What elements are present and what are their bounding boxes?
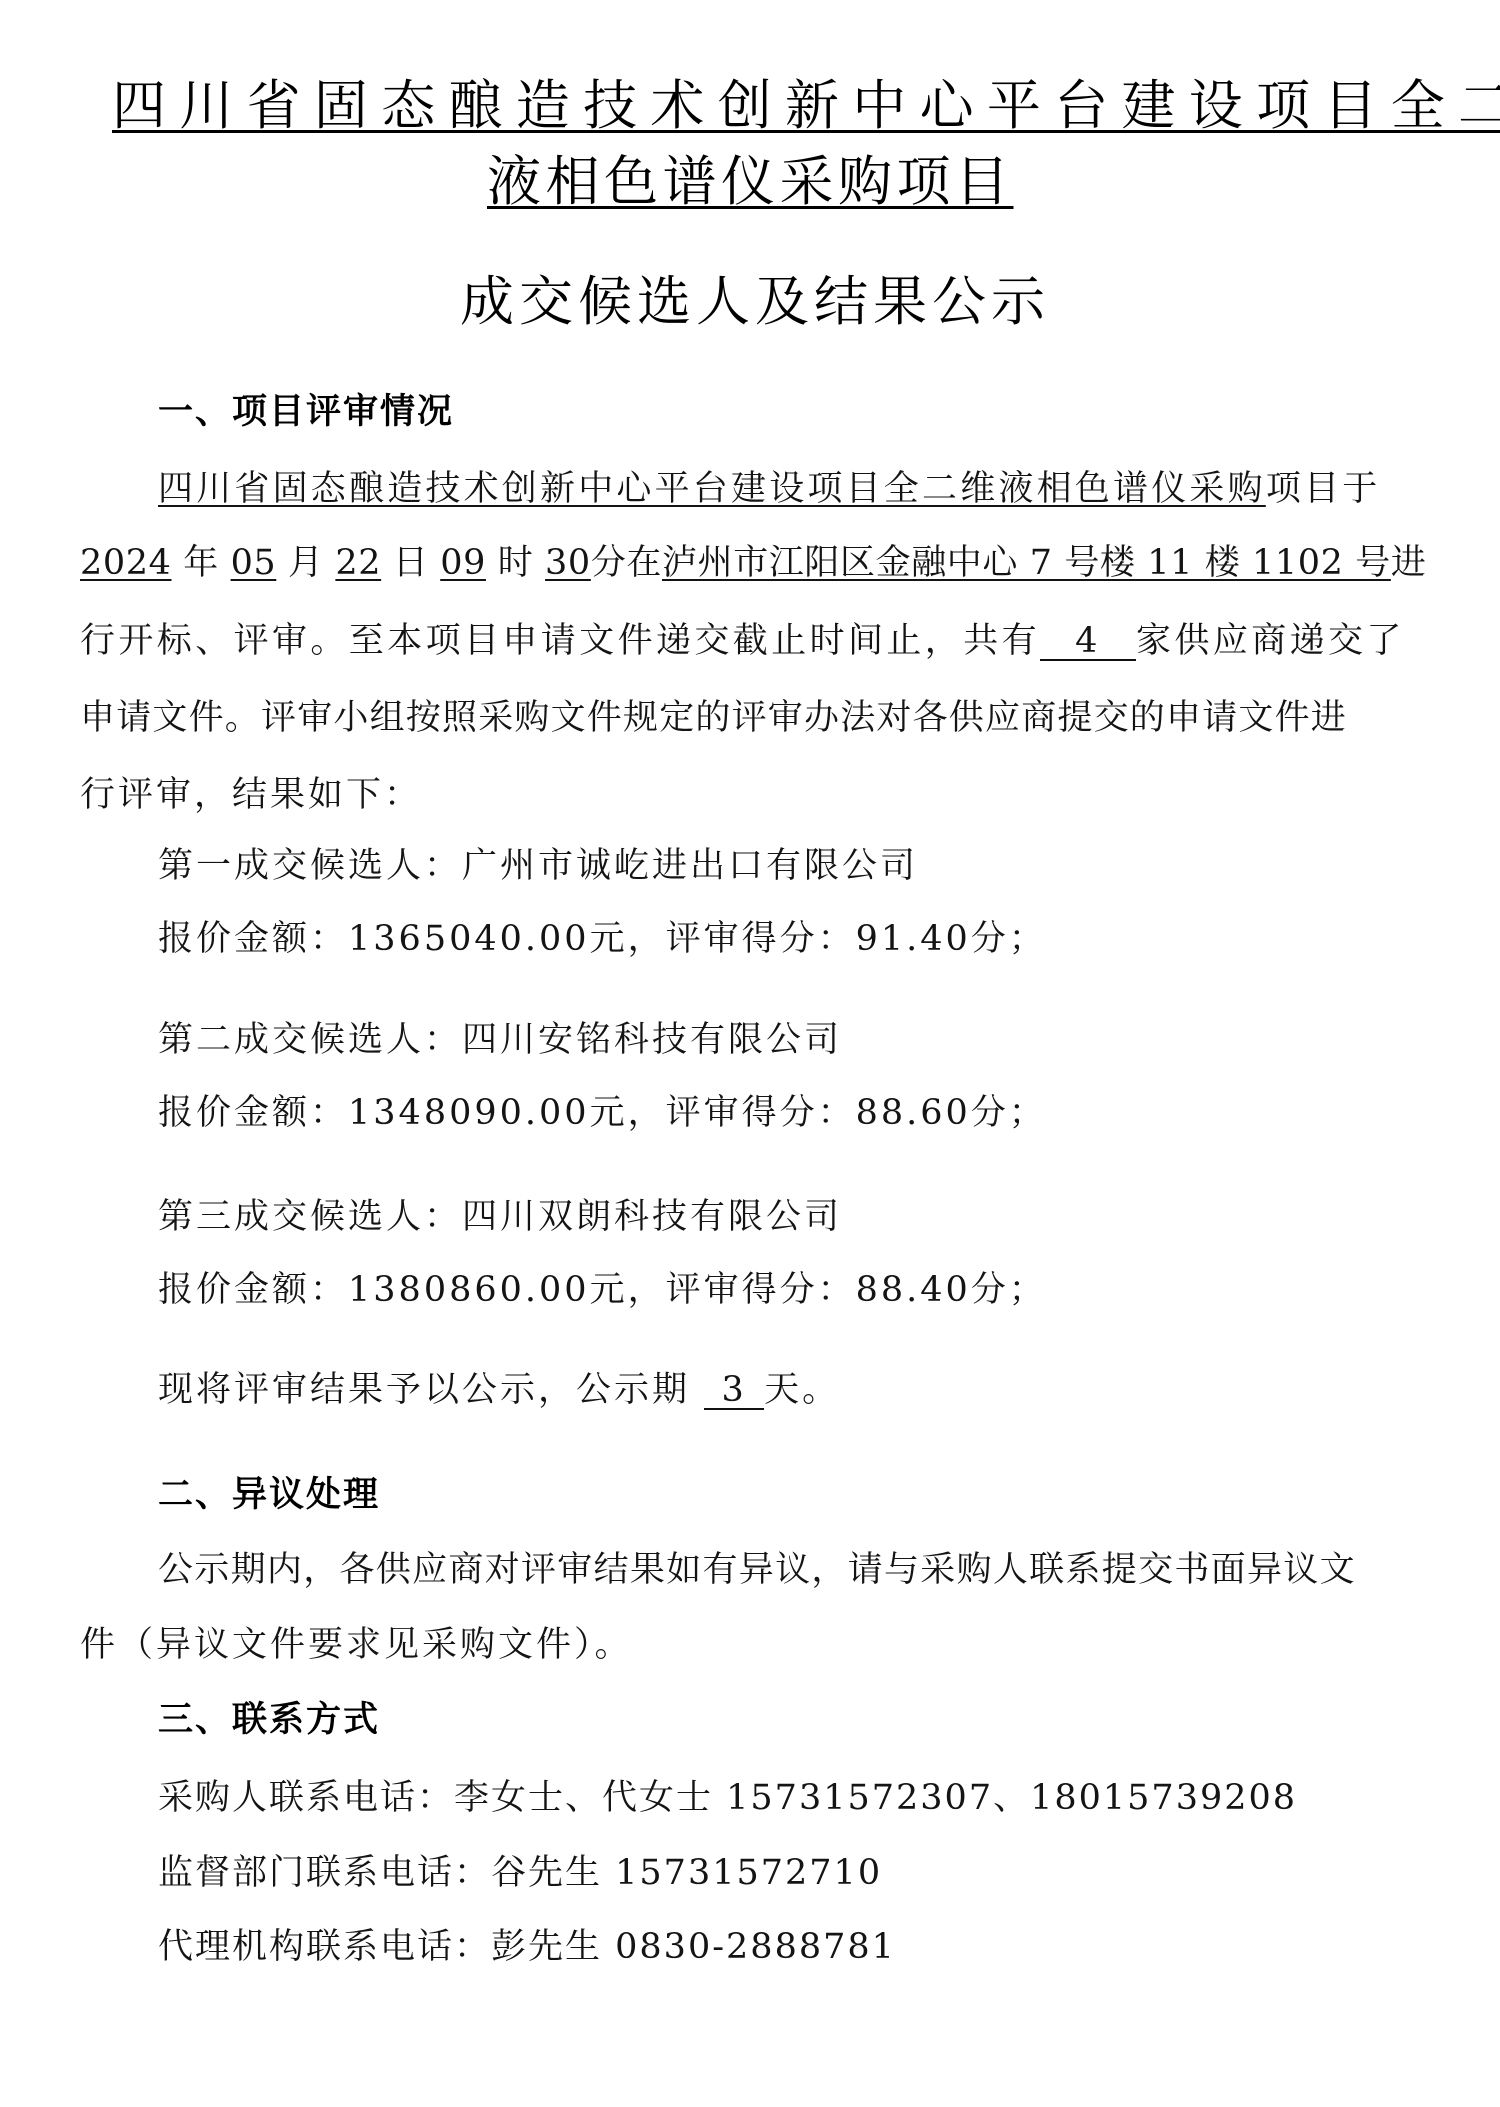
open-minute: 30 <box>545 543 591 583</box>
score-value: 88.60 <box>856 1093 971 1133</box>
candidate-3-name-row: 第三成交候选人：四川双朗科技有限公司 <box>158 1195 842 1239</box>
candidate-3-price-row: 报价金额：1380860.00元，评审得分：88.40分； <box>158 1268 1047 1312</box>
price-value: 1365040.00 <box>348 919 590 959</box>
text: 行开标、评审。至本项目申请文件递交截止时间止，共有 <box>80 621 1040 661</box>
document-title-line2: 液相色谱仪采购项目 <box>487 152 1014 212</box>
score-value: 88.40 <box>856 1270 971 1310</box>
candidate-name: 广州市诚屹进出口有限公司 <box>462 846 918 886</box>
score-unit: 分； <box>971 1270 1047 1310</box>
candidate-label: 第一成交候选人： <box>158 846 462 886</box>
contact-label: 监督部门联系电话： <box>158 1853 491 1893</box>
candidate-2-name-row: 第二成交候选人：四川安铭科技有限公司 <box>158 1018 842 1062</box>
text: 现将评审结果予以公示，公示期 <box>158 1370 690 1410</box>
candidate-label: 第二成交候选人： <box>158 1020 462 1060</box>
publicity-days: 3 <box>704 1372 764 1410</box>
score-label: 评审得分： <box>666 1270 856 1310</box>
section1-paragraph-line3: 行开标、评审。至本项目申请文件递交截止时间止，共有4家供应商递交了 <box>80 619 1405 663</box>
section2-line2: 件（异议文件要求见采购文件）。 <box>80 1623 633 1667</box>
candidate-2-price-row: 报价金额：1348090.00元，评审得分：88.60分； <box>158 1091 1047 1135</box>
contact-agency: 代理机构联系电话：彭先生 0830-2888781 <box>158 1925 896 1969</box>
score-unit: 分； <box>971 1093 1047 1133</box>
section1-paragraph-line5: 行评审，结果如下： <box>80 773 422 817</box>
section1-heading: 一、项目评审情况 <box>158 390 454 434</box>
text: 项目于 <box>1266 469 1381 509</box>
open-location: 泸州市江阳区金融中心 7 号楼 11 楼 1102 号 <box>662 543 1391 583</box>
section1-paragraph-line2: 2024 年 05 月 22 日 09 时 30分在泸州市江阳区金融中心 7 号… <box>80 541 1426 585</box>
contact-purchaser: 采购人联系电话：李女士、代女士 15731572307、18015739208 <box>158 1776 1297 1820</box>
price-value: 1348090.00 <box>348 1093 590 1133</box>
score-unit: 分； <box>971 919 1047 959</box>
candidate-1-price-row: 报价金额：1365040.00元，评审得分：91.40分； <box>158 917 1047 961</box>
candidate-label: 第三成交候选人： <box>158 1197 462 1237</box>
price-label: 报价金额： <box>158 1270 348 1310</box>
contact-value: 彭先生 0830-2888781 <box>491 1927 896 1967</box>
candidate-name: 四川双朗科技有限公司 <box>462 1197 842 1237</box>
open-hour: 09 <box>440 543 486 583</box>
section3-heading: 三、联系方式 <box>158 1698 380 1742</box>
price-unit: 元， <box>590 1093 666 1133</box>
candidate-name: 四川安铭科技有限公司 <box>462 1020 842 1060</box>
text: 天。 <box>764 1370 840 1410</box>
document-page: 四川省固态酿造技术创新中心平台建设项目全二维 液相色谱仪采购项目 成交候选人及结… <box>0 0 1500 2107</box>
price-unit: 元， <box>590 1270 666 1310</box>
contact-value: 谷先生 15731572710 <box>491 1853 882 1893</box>
publicity-notice: 现将评审结果予以公示，公示期 3天。 <box>158 1368 840 1412</box>
text: 家供应商递交了 <box>1136 621 1405 661</box>
section1-paragraph-line1: 四川省固态酿造技术创新中心平台建设项目全二维液相色谱仪采购项目于 <box>158 467 1380 511</box>
price-label: 报价金额： <box>158 919 348 959</box>
section2-line1: 公示期内，各供应商对评审结果如有异议，请与采购人联系提交书面异议文 <box>158 1548 1356 1592</box>
month-unit: 月 <box>288 543 324 583</box>
open-month: 05 <box>231 543 277 583</box>
section1-paragraph-line4: 申请文件。评审小组按照采购文件规定的评审办法对各供应商提交的申请文件进 <box>80 696 1347 740</box>
open-day: 22 <box>335 543 381 583</box>
document-title-line1: 四川省固态酿造技术创新中心平台建设项目全二维 <box>112 76 1500 136</box>
section2-heading: 二、异议处理 <box>158 1473 380 1517</box>
contact-supervisor: 监督部门联系电话：谷先生 15731572710 <box>158 1851 882 1895</box>
price-unit: 元， <box>590 919 666 959</box>
open-year: 2024 <box>80 543 171 583</box>
minute-unit: 分在 <box>591 543 662 583</box>
score-label: 评审得分： <box>666 919 856 959</box>
project-name: 四川省固态酿造技术创新中心平台建设项目全二维液相色谱仪采购 <box>158 469 1266 509</box>
hour-unit: 时 <box>498 543 534 583</box>
supplier-count: 4 <box>1040 623 1136 661</box>
score-value: 91.40 <box>856 919 971 959</box>
document-subtitle: 成交候选人及结果公示 <box>460 272 1050 332</box>
text: 进 <box>1391 543 1427 583</box>
price-value: 1380860.00 <box>348 1270 590 1310</box>
candidate-1-name-row: 第一成交候选人：广州市诚屹进出口有限公司 <box>158 844 918 888</box>
day-unit: 日 <box>393 543 429 583</box>
contact-label: 代理机构联系电话： <box>158 1927 491 1967</box>
year-unit: 年 <box>183 543 219 583</box>
score-label: 评审得分： <box>666 1093 856 1133</box>
contact-label: 采购人联系电话： <box>158 1778 454 1818</box>
contact-value: 李女士、代女士 15731572307、18015739208 <box>454 1778 1297 1818</box>
price-label: 报价金额： <box>158 1093 348 1133</box>
